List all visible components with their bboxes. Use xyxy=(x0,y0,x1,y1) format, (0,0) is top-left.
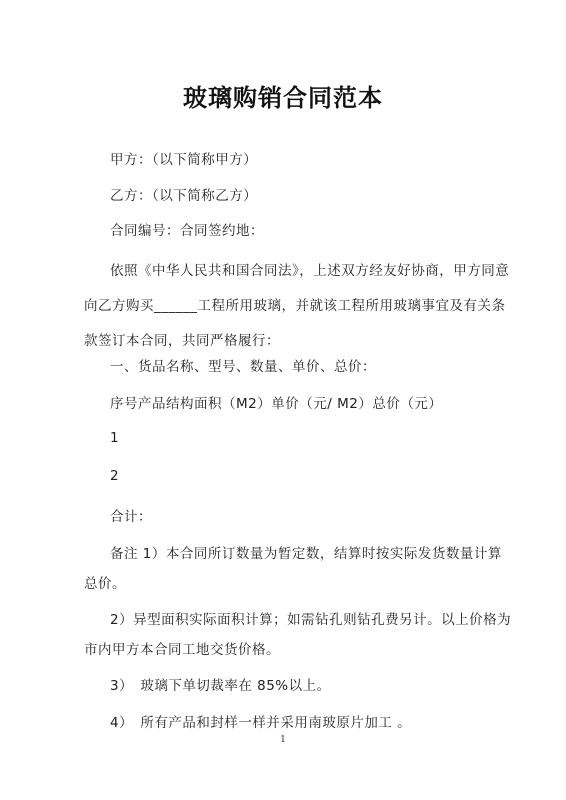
note-3-line: 3） 玻璃下单切裁率在 85%以上。 xyxy=(110,674,331,694)
intro-line-2: 向乙方购买______工程所用玻璃，并就该工程所用玻璃事宜及有关条 xyxy=(84,294,506,314)
table-row-2: 2 xyxy=(110,468,119,484)
section-1-heading: 一、货品名称、型号、数量、单价、总价： xyxy=(110,355,376,375)
note-4-line: 4） 所有产品和封样一样并采用南玻原片加工 。 xyxy=(110,711,411,731)
note-2-line-2: 市内甲方本合同工地交货价格。 xyxy=(84,638,280,658)
contract-info-line: 合同编号：合同签约地： xyxy=(110,219,264,239)
total-label: 合计： xyxy=(110,505,152,525)
note-1-line-2: 总价。 xyxy=(84,572,126,592)
party-b-line: 乙方：（以下简称乙方） xyxy=(110,184,257,204)
page-number: 1 xyxy=(0,735,566,745)
intro-line-1: 依照《中华人民共和国合同法》，上述双方经友好协商，甲方同意 xyxy=(110,259,509,279)
intro-line-3: 款签订本合同，共同严格履行： xyxy=(84,329,280,349)
table-row-1: 1 xyxy=(110,430,119,446)
table-header: 序号产品结构面积（M2）单价（元/ M2）总价（元） xyxy=(110,392,442,412)
note-2-line-1: 2）异型面积实际面积计算；如需钻孔则钻孔费另计。以上价格为 xyxy=(110,608,511,628)
party-a-line: 甲方：（以下简称甲方） xyxy=(110,148,257,168)
document-title: 玻璃购销合同范本 xyxy=(0,78,566,113)
note-1-line-1: 备注 1）本合同所订数量为暂定数，结算时按实际发货数量计算 xyxy=(110,542,502,562)
document-page: 玻璃购销合同范本 甲方：（以下简称甲方） 乙方：（以下简称乙方） 合同编号：合同… xyxy=(0,0,566,800)
